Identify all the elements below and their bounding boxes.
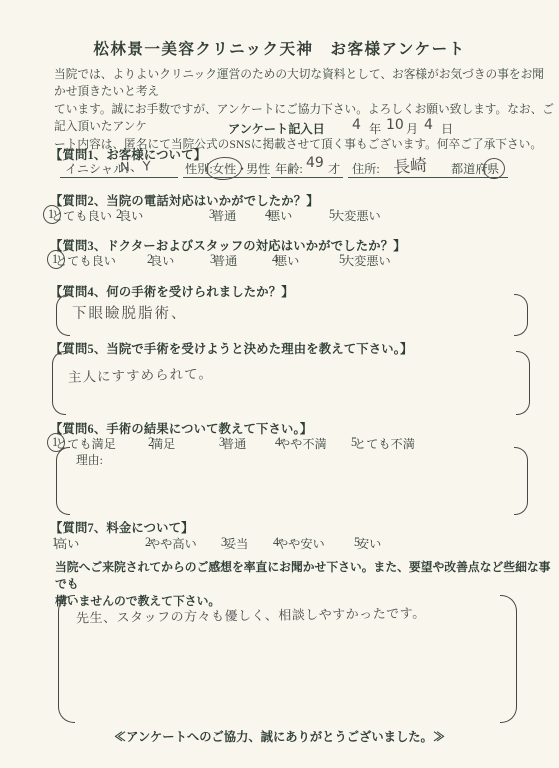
date-row: アンケート記入日 4 年 10 月 4 日	[0, 120, 559, 140]
q3-option-1-label: とても良い	[55, 252, 116, 269]
intro-line: 当院では、よりよいクリニック運営のための大切な資料として、お客様がお気づきの事を…	[54, 66, 554, 101]
q7-option-3-label: 妥当	[224, 535, 248, 552]
q2-options: 1とても良い 2良い 3普通 4悪い 5大変悪い	[0, 207, 559, 227]
field-underline	[348, 177, 508, 178]
address-label: 住所:	[352, 160, 380, 177]
field-underline	[60, 177, 178, 178]
q5-header: 【質問5、当院で手術を受けようと決めた理由を教えて下さい。】	[50, 339, 413, 357]
q3-options: 1とても良い 2良い 3普通 4悪い 5大変悪い	[0, 252, 559, 272]
date-year-unit: 年	[369, 120, 381, 137]
q4-answer-bracket-right	[514, 294, 528, 336]
date-year-value: 4	[352, 117, 361, 133]
comment-prompt-line: 当院へご来院されてからのご感想を率直にお聞かせ下さい。また、要望や改善点など些細…	[55, 559, 555, 593]
date-month-unit: 月	[406, 120, 418, 137]
age-label: 年齢:	[275, 160, 303, 177]
field-underline	[271, 177, 343, 178]
prefecture-circle	[483, 158, 505, 179]
q3-option-5-label: 大変悪い	[342, 252, 391, 269]
date-label: アンケート記入日	[228, 120, 325, 137]
survey-scan-page: 松林景一美容クリニック天神 お客様アンケート 当院では、よりよいクリニック運営の…	[0, 0, 559, 768]
date-month-value: 10	[386, 117, 404, 133]
q4-answer-bracket-left	[56, 294, 70, 336]
q3-option-4-label: 悪い	[275, 252, 299, 269]
q7-options: 1高い 2やや高い 3妥当 4やや安い 5安い	[0, 535, 559, 555]
q6-option-2-label: 満足	[151, 435, 175, 452]
q3-option-2-label: 良い	[150, 252, 174, 269]
date-day-unit: 日	[441, 120, 453, 137]
q6-reason-bracket-right	[514, 447, 528, 515]
q6-reason-label: 理由:	[76, 451, 103, 468]
comment-bracket-left	[58, 595, 75, 723]
q3-option-3-label: 普通	[213, 252, 237, 269]
q7-option-2-label: やや高い	[148, 535, 197, 552]
comment-bracket-right	[500, 595, 517, 723]
age-value: 49	[306, 155, 324, 171]
q6-option-3-label: 普通	[222, 435, 246, 452]
q7-option-4-label: やや安い	[276, 535, 325, 552]
q6-reason-bracket-left	[56, 447, 70, 515]
page-title: 松林景一美容クリニック天神 お客様アンケート	[0, 37, 559, 59]
initial-value: N、Y	[120, 155, 152, 176]
q6-option-4-label: やや不満	[278, 435, 327, 452]
gender-option-male: 男性	[246, 160, 270, 177]
q4-answer: 下眼瞼脱脂術、	[72, 302, 188, 323]
address-value: 長崎	[392, 151, 428, 179]
q2-option-1-label: とても良い	[51, 207, 112, 224]
q6-option-5-label: とても不満	[354, 435, 415, 452]
q2-option-5-label: 大変悪い	[332, 207, 381, 224]
q7-header: 【質問7、料金について】	[50, 518, 194, 536]
q5-answer: 主人にすすめられて。	[68, 362, 213, 386]
q2-option-2-label: 良い	[119, 207, 143, 224]
q2-option-3-label: 普通	[212, 207, 236, 224]
q5-answer-bracket-left	[52, 351, 66, 415]
age-unit: 才	[328, 160, 340, 177]
field-underline	[183, 177, 267, 178]
q7-option-5-label: 安い	[357, 535, 381, 552]
q2-option-4-label: 悪い	[268, 207, 292, 224]
q7-option-1-label: 高い	[55, 535, 79, 552]
q4-header: 【質問4、何の手術を受けられましたか？】	[50, 282, 294, 300]
footer-thanks: ≪アンケートへのご協力、誠にありがとうございました。≫	[0, 727, 559, 745]
comment-answer: 先生、スタッフの方々も優しく、相談しやすかったです。	[76, 603, 426, 627]
q5-answer-bracket-right	[516, 351, 530, 415]
date-day-value: 4	[424, 117, 433, 133]
comment-prompt: 当院へご来院されてからのご感想を率直にお聞かせ下さい。また、要望や改善点など些細…	[55, 559, 555, 609]
